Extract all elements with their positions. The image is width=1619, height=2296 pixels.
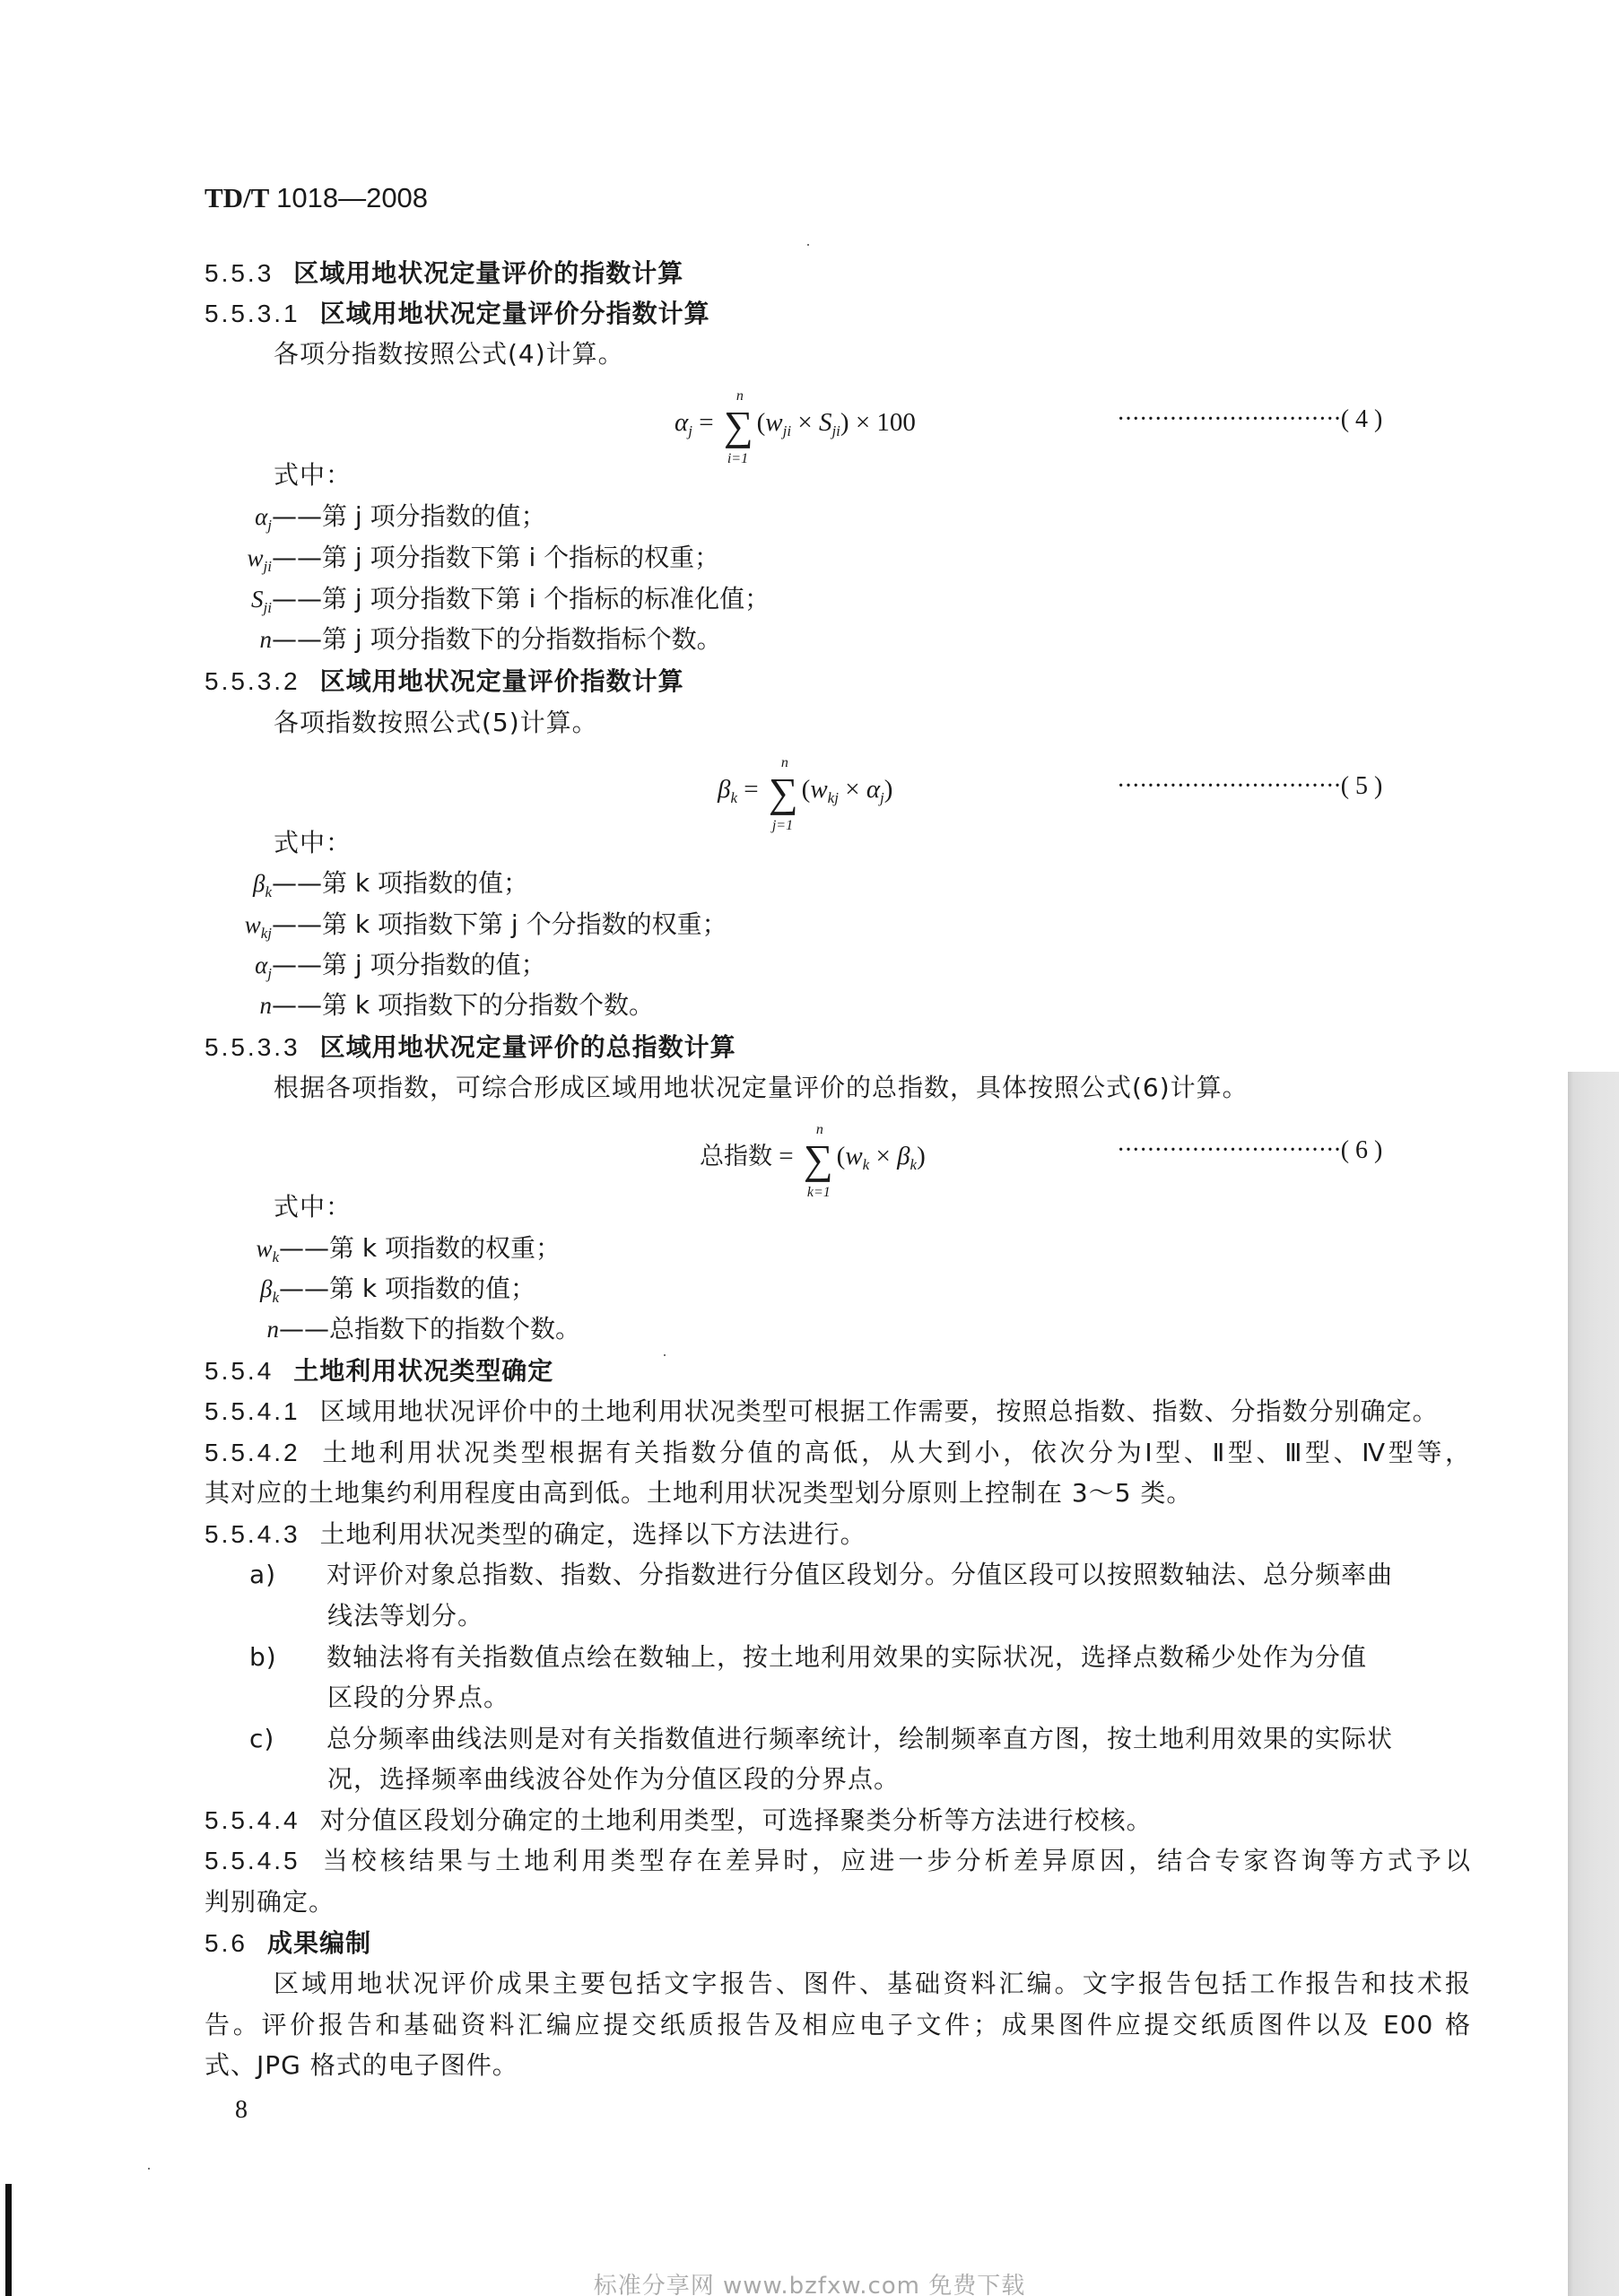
formula-5: βk = ∑nj=1(wkj × αj): [718, 772, 892, 813]
list-item-c: c)总分频率曲线法则是对有关指数值进行频率统计，绘制频率直方图，按土地利用效果的…: [249, 1724, 1393, 1754]
section-heading-5-5-3-3: 5.5.3.3区域用地状况定量评价的总指数计算: [205, 1032, 736, 1063]
list-item-continuation: 况，选择频率曲线波谷处作为分值区段的分界点。: [327, 1764, 900, 1795]
paragraph: 区域用地状况评价成果主要包括文字报告、图件、基础资料汇编。文字报告包括工作报告和…: [274, 1969, 1471, 1999]
paragraph: 各项分指数按照公式(4)计算。: [274, 339, 624, 370]
definition-item: n——第 j 项分指数下的分指数指标个数。: [205, 624, 722, 664]
definition-item: βk——第 k 项指数的值；: [205, 868, 528, 908]
section-title: 区域用地状况定量评价的指数计算: [293, 258, 683, 288]
definition-item: αj——第 j 项分指数的值；: [205, 501, 546, 541]
paragraph-continuation: 告。评价报告和基础资料汇编应提交纸质报告及相应电子文件；成果图件应提交纸质图件以…: [205, 2010, 1471, 2040]
where-label: 式中：: [274, 1192, 352, 1222]
where-label: 式中：: [274, 828, 352, 858]
clause-5-5-4-2: 5.5.4.2土地利用状况类型根据有关指数分值的高低，从大到小，依次分为Ⅰ型、Ⅱ…: [205, 1438, 1471, 1468]
section-title: 区域用地状况定量评价指数计算: [320, 666, 684, 696]
section-number: 5.5.4: [205, 1357, 274, 1385]
section-title: 区域用地状况定量评价分指数计算: [320, 299, 710, 328]
clause-5-5-4-1: 5.5.4.1区域用地状况评价中的土地利用状况类型可根据工作需要，按照总指数、指…: [205, 1396, 1439, 1427]
section-heading-5-5-3-2: 5.5.3.2区域用地状况定量评价指数计算: [205, 666, 684, 697]
scan-edge-shadow: [1568, 1072, 1619, 2296]
clause-continuation: 判别确定。: [205, 1887, 335, 1918]
where-label: 式中：: [274, 460, 352, 491]
section-heading-5-5-3: 5.5.3区域用地状况定量评价的指数计算: [205, 258, 683, 289]
clause-5-5-4-5: 5.5.4.5当校核结果与土地利用类型存在差异时，应进一步分析差异原因，结合专家…: [205, 1846, 1471, 1876]
section-number: 5.5.3.2: [205, 667, 300, 695]
section-number: 5.5.3: [205, 259, 274, 287]
definition-item: n——总指数下的指数个数。: [205, 1314, 580, 1353]
paragraph: 各项指数按照公式(5)计算。: [274, 708, 598, 738]
paragraph-continuation: 式、JPG 格式的电子图件。: [205, 2050, 518, 2081]
definition-item: wji——第 j 项分指数下第 i 个指标的权重；: [205, 543, 719, 582]
section-title: 区域用地状况定量评价的总指数计算: [320, 1032, 736, 1062]
definition-item: αj——第 j 项分指数的值；: [205, 950, 546, 989]
section-number: 5.5.3.1: [205, 300, 300, 327]
standard-prefix: TD/T: [205, 182, 269, 213]
section-title: 土地利用状况类型确定: [293, 1356, 553, 1386]
clause-5-5-4-4: 5.5.4.4对分值区段划分确定的土地利用类型，可选择聚类分析等方法进行校核。: [205, 1805, 1153, 1836]
standard-number: 1018—2008: [276, 182, 428, 213]
formula-4: αj = ∑ni=1(wji × Sji) × 100: [675, 405, 916, 447]
definition-item: Sji——第 j 项分指数下第 i 个指标的标准化值；: [205, 584, 770, 623]
section-heading-5-5-3-1: 5.5.3.1区域用地状况定量评价分指数计算: [205, 299, 710, 329]
section-title: 成果编制: [267, 1928, 371, 1958]
watermark: 标准分享网 www.bzfxw.com 免费下载: [0, 2267, 1619, 2296]
page-number: 8: [235, 2096, 248, 2125]
clause-5-5-4-3: 5.5.4.3土地利用状况类型的确定，选择以下方法进行。: [205, 1519, 866, 1550]
equation-number-4: ······························( 4 ): [1117, 405, 1382, 434]
standard-code-header: TD/T 1018—2008: [205, 182, 428, 214]
scan-speck: [148, 2168, 150, 2170]
equation-number-6: ······························( 6 ): [1117, 1136, 1382, 1165]
section-heading-5-5-4: 5.5.4土地利用状况类型确定: [205, 1356, 553, 1387]
list-item-a: a)对评价对象总指数、指数、分指数进行分值区段划分。分值区段可以按照数轴法、总分…: [249, 1560, 1471, 1590]
scan-speck: [807, 244, 809, 246]
definition-item: wk——第 k 项指数的权重；: [205, 1233, 561, 1273]
clause-continuation: 其对应的土地集约利用程度由高到低。土地利用状况类型划分原则上控制在 3～5 类。: [205, 1478, 1192, 1509]
paragraph: 根据各项指数，可综合形成区域用地状况定量评价的总指数，具体按照公式(6)计算。: [274, 1073, 1249, 1103]
list-item-continuation: 线法等划分。: [327, 1601, 483, 1631]
definition-item: βk——第 k 项指数的值；: [205, 1274, 535, 1313]
list-item-b: b)数轴法将有关指数值点绘在数轴上，按土地利用效果的实际状况，选择点数稀少处作为…: [249, 1642, 1367, 1673]
section-number: 5.5.3.3: [205, 1033, 300, 1061]
formula-6: 总指数 = ∑nk=1(wk × βk): [700, 1136, 926, 1180]
list-item-continuation: 区段的分界点。: [327, 1683, 509, 1713]
section-number: 5.6: [205, 1929, 248, 1957]
section-heading-5-6: 5.6成果编制: [205, 1928, 371, 1959]
equation-number-5: ······························( 5 ): [1117, 772, 1382, 801]
definition-item: wkj——第 k 项指数下第 j 个分指数的权重；: [205, 909, 727, 949]
definition-item: n——第 k 项指数下的分指数个数。: [205, 990, 654, 1030]
scan-speck: [664, 1354, 666, 1356]
